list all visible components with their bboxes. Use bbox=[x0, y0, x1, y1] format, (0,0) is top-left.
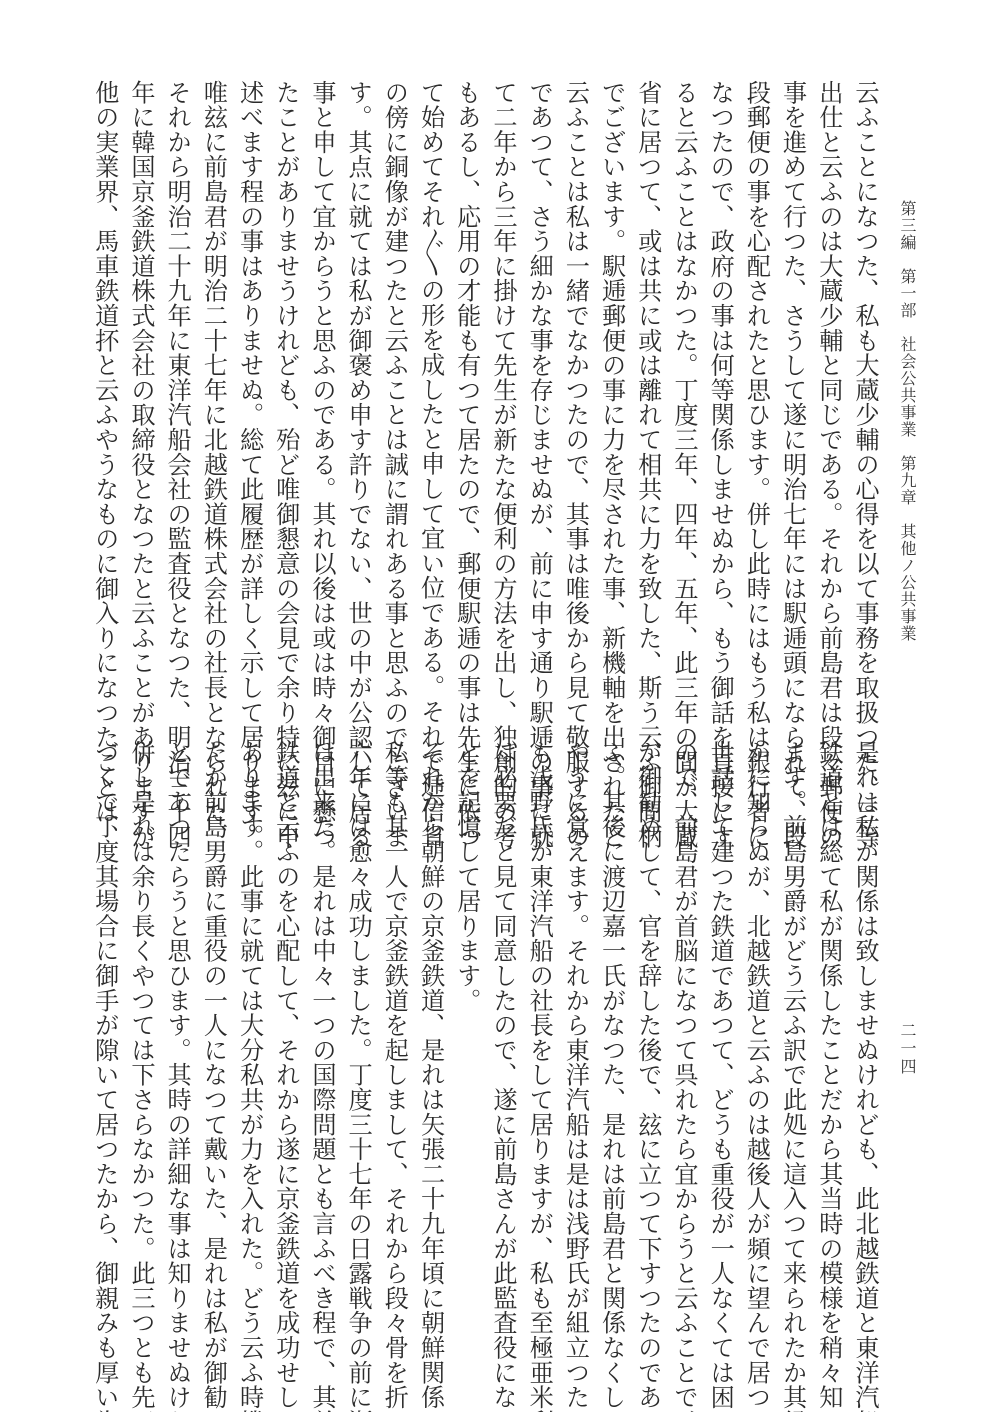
text-column: ると云ふことはなかつた。丁度三年、四年、五年、此三年の間が大蔵 bbox=[666, 80, 702, 680]
text-column: 段郵便の事を心配されたと思ひます。併し此時にはもう私は銀行者に bbox=[738, 80, 774, 680]
text-column: が御勧めして、官を辞した後で、玆に立つて下すつたのであらうと思 bbox=[630, 740, 666, 1340]
text-column: それから明治二十九年に東洋汽船会社の監査役となつた、明治三十四 bbox=[159, 80, 195, 680]
text-column: ます。前島男爵がどう云ふ訳で此処に這入つて来られたか其縁故は詳 bbox=[774, 740, 810, 1340]
text-column: やうに覚えます。それから東洋汽船は是は浅野氏が組立つたので、今 bbox=[557, 740, 593, 1340]
text-column: 私等も其一人で京釜鉄道を起しまして、それから段々骨を折つて三十 bbox=[376, 740, 412, 1340]
upper-text-block: 云ふことになつた、私も大蔵少輔の心得を以て事務を取扱つた、三等 出仕と云ふのは大… bbox=[43, 80, 883, 680]
text-column: 鉄道と云ふのを心配して、それから遂に京釜鉄道を成功せしめたので bbox=[268, 740, 304, 1340]
text-column: とであつたらうと思ひます。其時の詳細な事は知りませぬけれども、 bbox=[159, 740, 195, 1340]
text-column: て二年から三年に掛けて先生が新たな便利の方法を出し、独創的の考 bbox=[485, 80, 521, 680]
text-column: 出仕と云ふのは大蔵少輔と同じである。それから前島君は段々郵便の bbox=[811, 80, 847, 680]
text-column: 唯玆に前島君が明治二十七年に北越鉄道株式会社の社長となられた、 bbox=[195, 80, 231, 680]
text-column: て始めてそれ〴〵の形を成したと申して宜い位である。それで逓信省 bbox=[412, 80, 448, 680]
text-column: かに知らぬが、北越鉄道と云ふのは越後人が頻に望んで居つて、私が bbox=[738, 740, 774, 1340]
text-column: の傍に銅像が建つたと云ふことは誠に謂れある事と思ふのでございま bbox=[376, 80, 412, 680]
text-column: それから朝鮮の京釜鉄道、是れは矢張二十九年頃に朝鮮関係の有志、 bbox=[412, 740, 448, 1340]
text-column: 併し是れは余り長くやつては下さらなかつた。此三つとも先づ御懇意 bbox=[123, 740, 159, 1340]
text-column: 云ふことになつた、私も大蔵少輔の心得を以て事務を取扱つた、三等 bbox=[847, 80, 883, 680]
text-column: 鉄道とは総て私が関係したことだから其当時の模様を稍々知つて居り bbox=[811, 740, 847, 1340]
text-column: も浅野氏が東洋汽船の社長をして居りますが、私も至極亜米利加航路 bbox=[521, 740, 557, 1340]
text-column: づくで丁度其場合に御手が隙いて居つたから、御親みも厚い為めに、 bbox=[87, 740, 123, 1340]
text-column: 年に韓国京釜鉄道株式会社の取締役となつたと云ふことがありますが bbox=[123, 80, 159, 680]
text-column: あります。此事に就ては大分私共が力を入れた。どう云ふ時機であつ bbox=[231, 740, 267, 1340]
text-column: なつたので、政府の事は何等関係しませぬから、もう御話を直接にす bbox=[702, 80, 738, 680]
text-column: 是れは私が関係は致しませぬけれども、此北越鉄道と東洋汽船と京釜 bbox=[847, 740, 883, 1340]
text-column: 六年には愈々成功しました。丁度三十七年の日露戦争の前に漸く是れ bbox=[340, 740, 376, 1340]
text-column: ので、前島君が首脳になつて呉れたら宜からうと云ふことで、多分私 bbox=[666, 740, 702, 1340]
text-column: 世話して建つた鉄道であつて、どうも重役が一人なくては困ると云ふ bbox=[702, 740, 738, 1340]
lower-text-block: 是れは私が関係は致しませぬけれども、此北越鉄道と東洋汽船と京釜 鉄道とは総て私が… bbox=[43, 740, 883, 1340]
text-column: たか前島男爵に重役の一人になつて戴いた、是れは私が御勧めしたこ bbox=[195, 740, 231, 1340]
page-number: 二一四 bbox=[893, 1022, 919, 1092]
text-column: たことがありませうけれども、殆ど唯御懇意の会見で余り特に玆に申 bbox=[268, 80, 304, 680]
text-column: 事を進めて行つた、さうして遂に明治七年には駅逓頭になられて、段 bbox=[774, 80, 810, 680]
text-column: であつて、さう細かな事を存じませぬが、前に申す通り駅逓の事に就 bbox=[521, 80, 557, 680]
text-column: は必要だと見て同意したので、遂に前島さんが此監査役になられたこ bbox=[485, 740, 521, 1340]
text-column: でございます。駅逓郵便の事に力を尽された事、新機軸を出されたと bbox=[593, 80, 629, 680]
text-column: とを記憶して居ります。 bbox=[449, 740, 485, 1340]
text-column: 述べます程の事はありませぬ。総て此履歴が詳しく示して居ります。 bbox=[231, 80, 267, 680]
text-column: 他の実業界、馬車鉄道抔と云ふやうなものに御入りになつたことは、 bbox=[87, 80, 123, 680]
text-column: 云ふことは私は一緒でなかつたので、其事は唯後から見て敬服するの bbox=[557, 80, 593, 680]
text-column: 事と申して宜からうと思ふのである。其れ以後は或は時々御目に懸つ bbox=[304, 80, 340, 680]
text-column: は出来た。是れは中々一つの国際問題とも言ふべき程で、其前に京仁 bbox=[304, 740, 340, 1340]
text-column: す。其点に就ては私が御褒め申す許りでない、世の中が公認して居る bbox=[340, 80, 376, 680]
running-header: 第三編 第一部 社会公共事業 第九章 其他ノ公共事業 bbox=[893, 200, 919, 660]
text-column: ふ。其後に渡辺嘉一氏がなつた、是れは前島君と関係なくしてなつた bbox=[593, 740, 629, 1340]
text-column: もあるし、応用の才能も有つて居たので、郵便駅逓の事は先生に依つ bbox=[449, 80, 485, 680]
text-column: 省に居つて、或は共に或は離れて相共に力を致した、斯う云ふ御間柄 bbox=[630, 80, 666, 680]
